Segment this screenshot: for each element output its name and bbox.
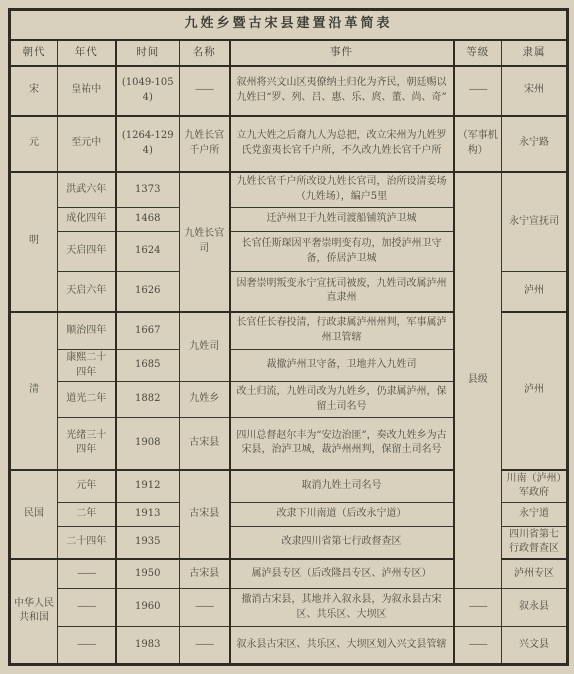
cell-event: 属泸县专区（后改隆昌专区、泸州专区） <box>230 559 454 589</box>
col-header-era: 年代 <box>58 40 116 66</box>
col-header-time: 时间 <box>116 40 180 66</box>
title-row: 九姓乡暨古宋县建置沿革简表 <box>10 10 568 40</box>
col-header-level: 等级 <box>454 40 502 66</box>
cell-affiliation: 兴文县 <box>502 627 568 665</box>
cell-affiliation: 四川省第七行政督查区 <box>502 526 568 559</box>
cell-time: 1624 <box>116 232 180 272</box>
cell-era: 道光二年 <box>58 382 116 418</box>
cell-time: (1264-1294) <box>116 116 180 172</box>
cell-dynasty: 宋 <box>10 66 58 116</box>
cell-era: 皇祐中 <box>58 66 116 116</box>
cell-event: 取消九姓土司名号 <box>230 470 454 503</box>
col-header-event: 事件 <box>230 40 454 66</box>
cell-event: 迁泸州卫于九姓司渡船铺筑泸卫城 <box>230 208 454 232</box>
cell-event: 叙永县古宋区、共乐区、大坝区划入兴文县管辖 <box>230 627 454 665</box>
cell-era: 洪武六年 <box>58 172 116 208</box>
cell-time: 1626 <box>116 272 180 312</box>
cell-event: 裁撤泸州卫守备，卫地并入九姓司 <box>230 350 454 382</box>
cell-era: 至元中 <box>58 116 116 172</box>
cell-time: 1935 <box>116 526 180 559</box>
cell-affiliation: 叙永县 <box>502 589 568 627</box>
cell-era: 二十四年 <box>58 526 116 559</box>
cell-level: （军事机构） <box>454 116 502 172</box>
cell-era: 二年 <box>58 502 116 526</box>
cell-event: 撤消古宋县，其地并入叙永县，为叙永县古宋区、共乐区、大坝区 <box>230 589 454 627</box>
cell-name: —— <box>180 66 230 116</box>
col-header-name: 名称 <box>180 40 230 66</box>
cell-era: 元年 <box>58 470 116 503</box>
cell-era: 天启四年 <box>58 232 116 272</box>
table-row: 元 至元中 (1264-1294) 九姓长官千户所 立九大姓之后裔九人为总把，改… <box>10 116 568 172</box>
header-row: 朝代 年代 时间 名称 事件 等级 隶属 <box>10 40 568 66</box>
cell-time: 1960 <box>116 589 180 627</box>
cell-time: 1685 <box>116 350 180 382</box>
cell-time: 1912 <box>116 470 180 503</box>
cell-time: 1373 <box>116 172 180 208</box>
col-header-dynasty: 朝代 <box>10 40 58 66</box>
cell-time: 1908 <box>116 418 180 470</box>
cell-time: 1468 <box>116 208 180 232</box>
cell-time: 1667 <box>116 312 180 350</box>
cell-time: (1049-1054) <box>116 66 180 116</box>
cell-name: —— <box>180 589 230 627</box>
cell-level: 县级 <box>454 172 502 589</box>
table-row: 明 洪武六年 1373 九姓长官司 九姓长官千户所改设九姓长官司，治所设清姜场（… <box>10 172 568 208</box>
cell-dynasty: 明 <box>10 172 58 312</box>
cell-affiliation: 宋州 <box>502 66 568 116</box>
cell-time: 1983 <box>116 627 180 665</box>
cell-time: 1913 <box>116 502 180 526</box>
cell-era: 顺治四年 <box>58 312 116 350</box>
cell-level: —— <box>454 66 502 116</box>
cell-era: —— <box>58 559 116 589</box>
cell-affiliation: 泸州专区 <box>502 559 568 589</box>
cell-name: 古宋县 <box>180 418 230 470</box>
cell-name: 古宋县 <box>180 470 230 559</box>
cell-event: 因奢崇明叛变永宁宣抚司被废，九姓司改属泸州直隶州 <box>230 272 454 312</box>
cell-era: 成化四年 <box>58 208 116 232</box>
cell-dynasty: 元 <box>10 116 58 172</box>
cell-affiliation: 泸州 <box>502 272 568 312</box>
cell-name: 九姓长官司 <box>180 172 230 312</box>
cell-time: 1950 <box>116 559 180 589</box>
cell-name: 九姓司 <box>180 312 230 382</box>
cell-affiliation: 永宁路 <box>502 116 568 172</box>
cell-event: 长官任长春投清，行政隶属泸州州判，军事属泸州卫管辖 <box>230 312 454 350</box>
cell-dynasty: 清 <box>10 312 58 470</box>
table-row: —— 1960 —— 撤消古宋县，其地并入叙永县，为叙永县古宋区、共乐区、大坝区… <box>10 589 568 627</box>
cell-level: —— <box>454 589 502 627</box>
cell-name: 古宋县 <box>180 559 230 589</box>
cell-event: 四川总督赵尔丰为“安边治匪”，奏改九姓乡为古宋县，治泸卫城，裁泸州州判，保留土司… <box>230 418 454 470</box>
cell-name: 九姓乡 <box>180 382 230 418</box>
page-title: 九姓乡暨古宋县建置沿革简表 <box>10 10 568 40</box>
cell-event: 长官任斯琛因平奢崇明变有功，加授泸州卫守备，侨居泸卫城 <box>230 232 454 272</box>
cell-event: 改土归流，九姓司改为九姓乡，仍隶属泸州，保留土司名号 <box>230 382 454 418</box>
scanned-page: 九姓乡暨古宋县建置沿革简表 朝代 年代 时间 名称 事件 等级 隶属 宋 皇祐中… <box>0 0 574 674</box>
cell-name: 九姓长官千户所 <box>180 116 230 172</box>
table-row: 宋 皇祐中 (1049-1054) —— 叙州将兴文山区夷僚纳土归化为齐民，朝廷… <box>10 66 568 116</box>
cell-affiliation: 永宁道 <box>502 502 568 526</box>
jiuxing-gusong-history-table: 九姓乡暨古宋县建置沿革简表 朝代 年代 时间 名称 事件 等级 隶属 宋 皇祐中… <box>8 8 569 666</box>
cell-event: 九姓长官千户所改设九姓长官司，治所设清姜场（九姓场），编户5里 <box>230 172 454 208</box>
cell-time: 1882 <box>116 382 180 418</box>
cell-era: —— <box>58 627 116 665</box>
col-header-affiliation: 隶属 <box>502 40 568 66</box>
cell-affiliation: 泸州 <box>502 312 568 470</box>
cell-event: 改隶四川省第七行政督查区 <box>230 526 454 559</box>
cell-level: —— <box>454 627 502 665</box>
cell-era: 天启六年 <box>58 272 116 312</box>
cell-event: 立九大姓之后裔九人为总把，改立宋州为九姓罗氏党蛮夷长官千户所，不久改九姓长官千户… <box>230 116 454 172</box>
cell-affiliation: 永宁宣抚司 <box>502 172 568 272</box>
table-row: —— 1983 —— 叙永县古宋区、共乐区、大坝区划入兴文县管辖 —— 兴文县 <box>10 627 568 665</box>
cell-dynasty: 中华人民共和国 <box>10 559 58 665</box>
cell-dynasty: 民国 <box>10 470 58 559</box>
cell-name: —— <box>180 627 230 665</box>
cell-era: 康熙二十四年 <box>58 350 116 382</box>
cell-era: 光绪三十四年 <box>58 418 116 470</box>
cell-event: 叙州将兴文山区夷僚纳土归化为齐民，朝廷赐以九姓曰“罗、列、吕、惠、乐、庹、董、尚… <box>230 66 454 116</box>
cell-event: 改隶下川南道（后改永宁道） <box>230 502 454 526</box>
cell-era: —— <box>58 589 116 627</box>
cell-affiliation: 川南（泸州）军政府 <box>502 470 568 503</box>
